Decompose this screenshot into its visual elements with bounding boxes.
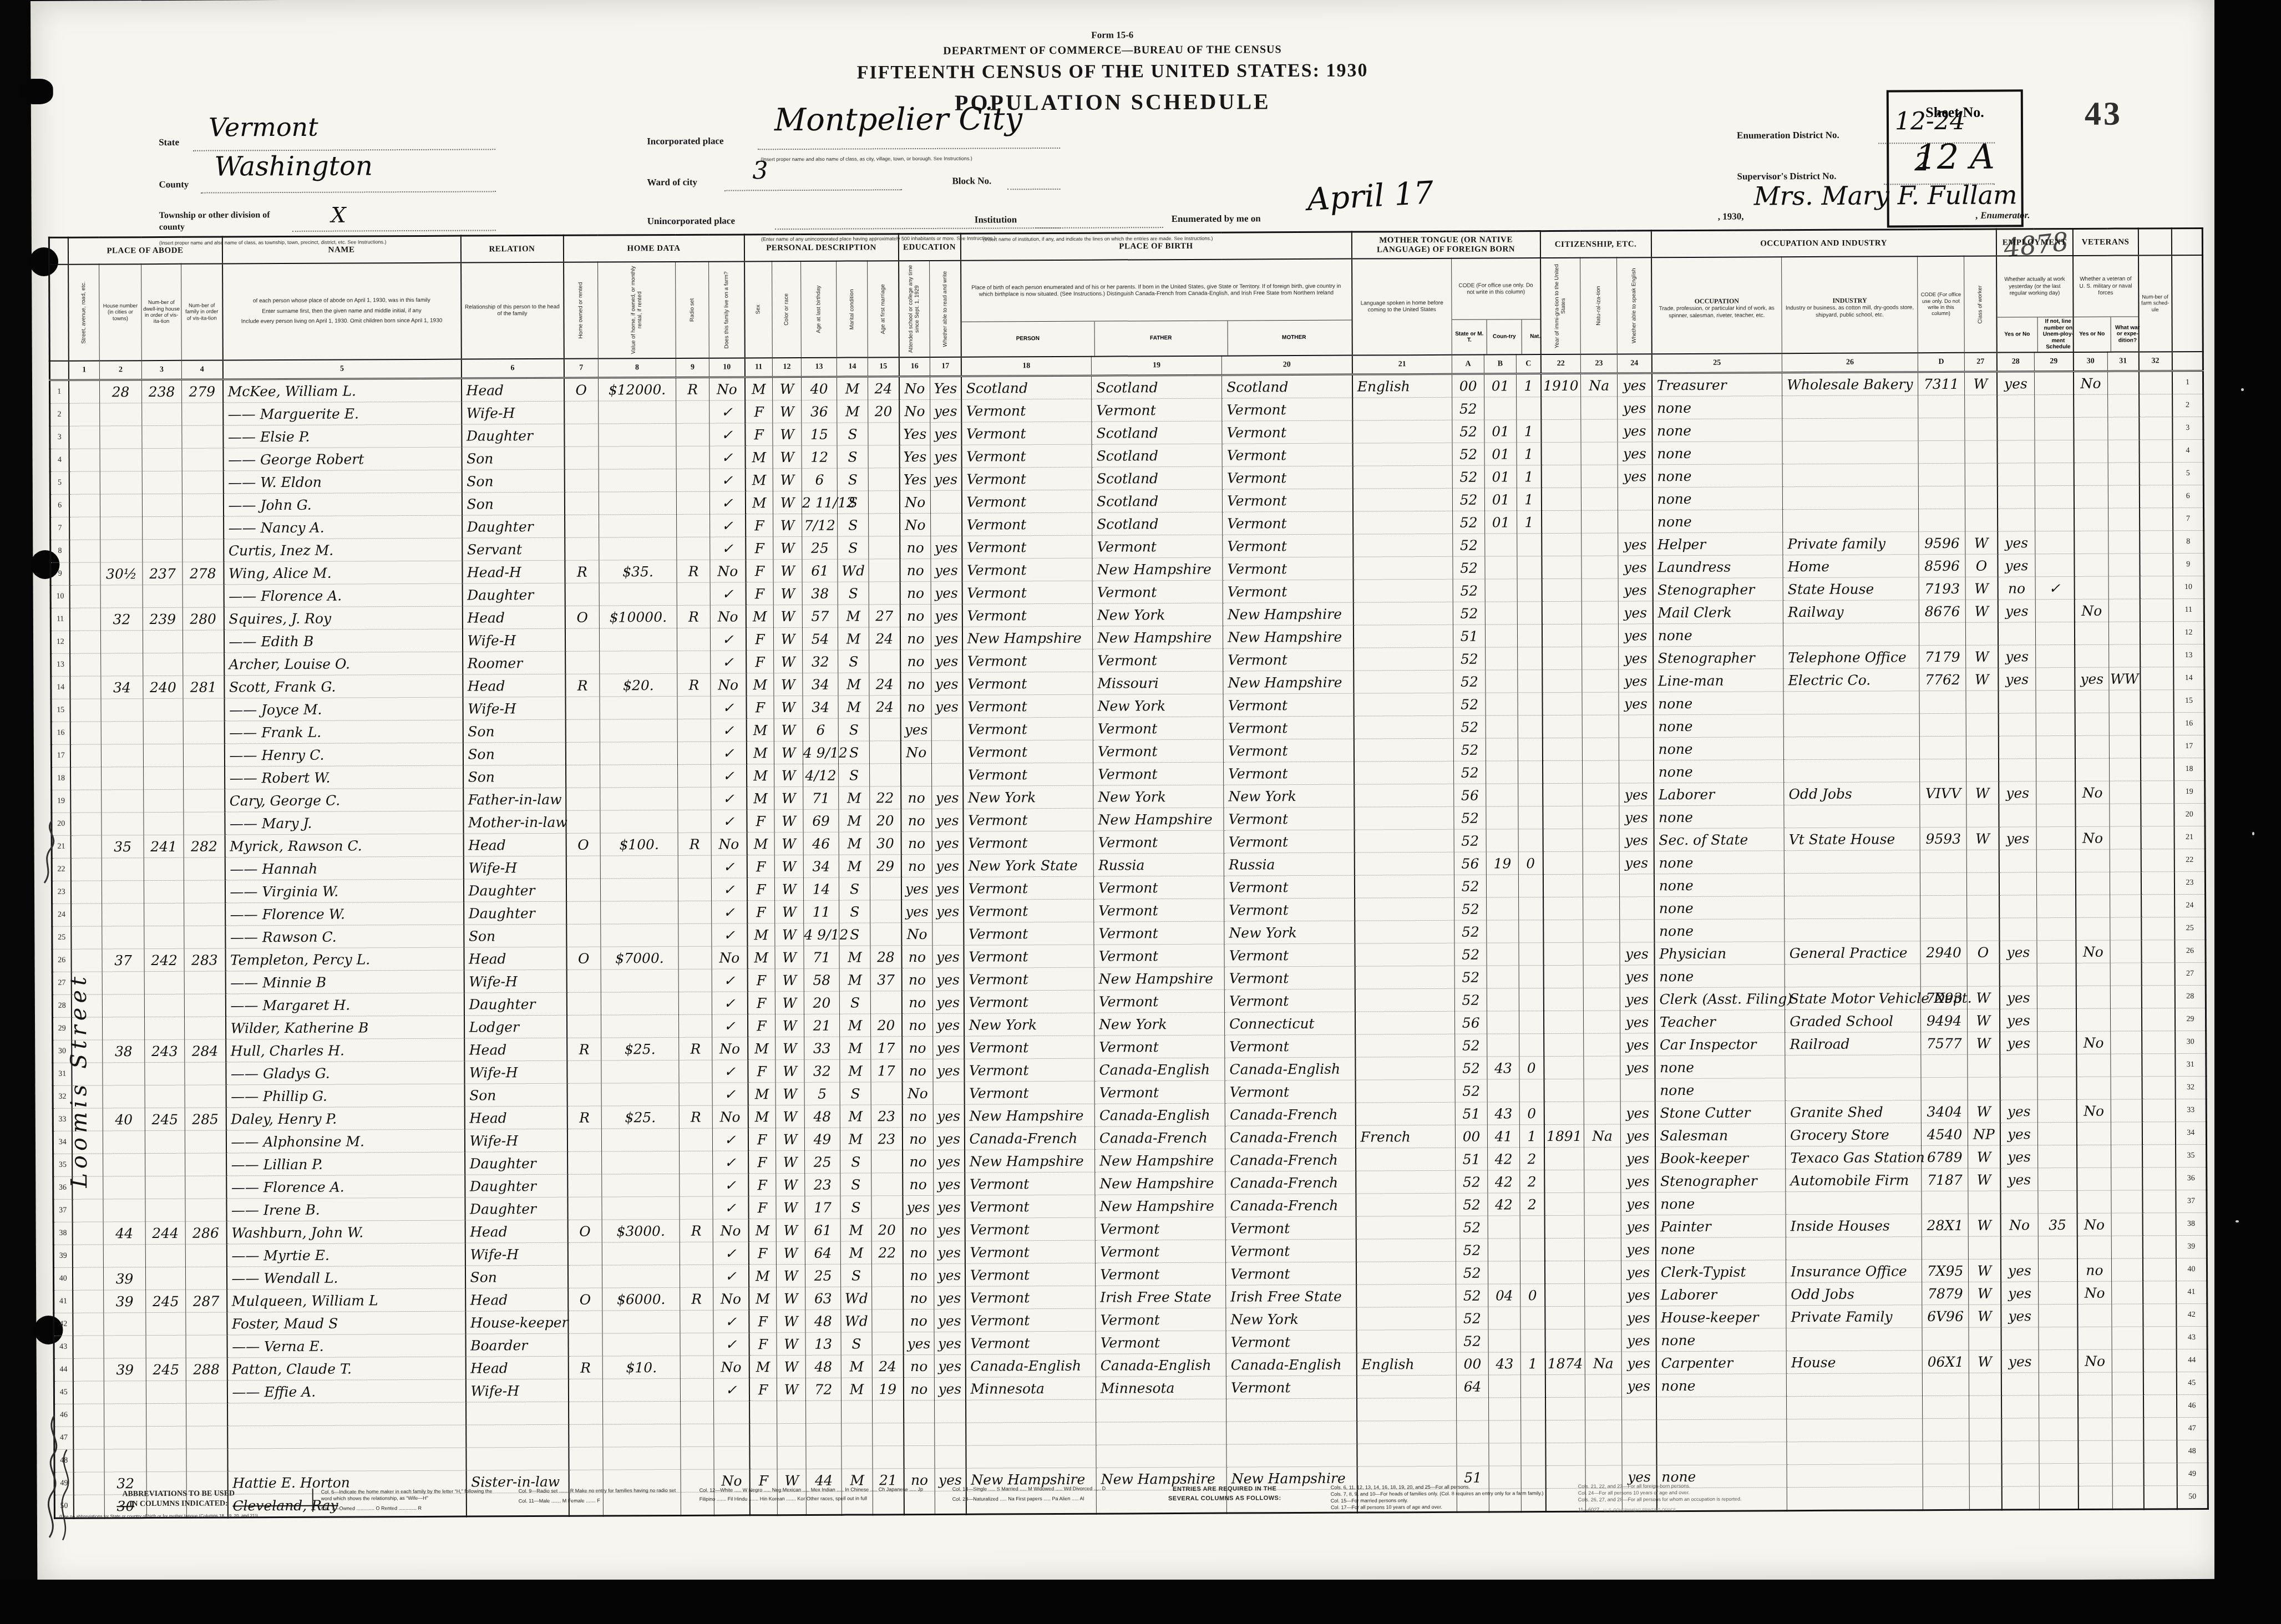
cell: none — [1653, 692, 1783, 715]
cell: New Hampshire — [964, 1104, 1094, 1127]
cell: $3000. — [602, 1219, 680, 1242]
cell — [1622, 1443, 1656, 1465]
cell: 52 — [1454, 897, 1487, 920]
cell — [2141, 849, 2174, 872]
cell: Vermont — [1096, 1262, 1226, 1286]
cell: No — [2077, 1349, 2112, 1372]
cell — [183, 721, 224, 744]
cell — [1998, 713, 2036, 736]
cell: Vermont — [962, 558, 1092, 581]
cell: W — [773, 627, 802, 650]
enumerated-label: Enumerated by me on — [1172, 213, 1261, 225]
cell: Vermont — [1094, 989, 1224, 1013]
cell — [145, 1085, 185, 1108]
line-number: 6 — [50, 494, 69, 517]
column-description: Sex — [744, 261, 773, 358]
cell — [567, 1151, 602, 1174]
census-sheet-paper: Form 15-6 DEPARTMENT OF COMMERCE—BUREAU … — [31, 0, 2223, 1589]
cell: none — [1654, 874, 1785, 897]
cell: W — [774, 650, 803, 673]
cell: No — [710, 560, 746, 582]
requirements-block-b: Cols. 21, 22, and 23—For all foreign-bor… — [1578, 1482, 1811, 1514]
cell — [183, 653, 224, 676]
cell — [564, 424, 599, 446]
abbrev-title-line1: ABBREVIATIONS TO BE USED — [122, 1489, 235, 1498]
cell: Vermont — [962, 512, 1092, 536]
cell: 245 — [145, 1108, 185, 1130]
cell: yes — [934, 1377, 965, 1400]
cell: 24 — [872, 1355, 903, 1378]
cell — [1354, 670, 1453, 693]
cell — [184, 812, 225, 835]
cell: Washburn, John W. — [226, 1220, 465, 1244]
cell: 42 — [1488, 1170, 1520, 1193]
cell — [1518, 647, 1542, 670]
cell: Laborer — [1654, 783, 1784, 806]
cell: W — [775, 991, 804, 1014]
cell: 37 — [870, 968, 901, 991]
cell — [73, 1358, 104, 1381]
cell — [602, 1310, 680, 1333]
cell — [145, 1153, 185, 1176]
cell: 52 — [1456, 1170, 1488, 1193]
cell: —— Florence A. — [226, 1175, 465, 1199]
cell: 7193 — [1919, 577, 1965, 600]
column-description: Home owned or rented — [564, 262, 599, 359]
cell: 52 — [1453, 534, 1485, 556]
sub-column-header: Yes or No — [2074, 317, 2110, 352]
cell — [1998, 622, 2036, 645]
cell: yes — [1618, 556, 1653, 578]
group-header: RELATION — [460, 235, 563, 262]
cell: McKee, William L. — [222, 378, 461, 403]
cell — [870, 900, 901, 923]
cell — [72, 1222, 103, 1245]
cell — [901, 763, 932, 786]
line-number: 8 — [2173, 530, 2204, 553]
cell: 00 — [1455, 1125, 1487, 1148]
cell: Vermont — [961, 399, 1092, 422]
cell: none — [1654, 896, 1785, 920]
cell: none — [1652, 487, 1782, 510]
cell: yes — [1618, 465, 1652, 488]
cell — [2109, 622, 2140, 644]
cell — [145, 1244, 185, 1267]
cell: yes — [900, 718, 931, 740]
group-header: VETERANS — [2072, 229, 2138, 256]
cell: Mother-in-law — [463, 810, 566, 834]
cell: Insurance Office — [1786, 1260, 1922, 1283]
cell — [1487, 897, 1519, 920]
cell — [2076, 963, 2110, 986]
cell: yes — [1618, 373, 1652, 397]
cell: —— Phillip G. — [226, 1084, 464, 1108]
cell: 3404 — [1921, 1100, 1968, 1123]
cell — [2142, 1213, 2176, 1236]
cell — [2140, 644, 2173, 667]
cell: F — [746, 514, 773, 537]
cell — [73, 1381, 104, 1404]
cell: $25. — [601, 1037, 679, 1060]
cell — [2001, 1395, 2039, 1418]
cell: Vermont — [1094, 921, 1224, 945]
cell — [1543, 942, 1583, 965]
cell: Railway — [1783, 600, 1919, 623]
cell — [870, 764, 901, 786]
cell: S — [838, 718, 869, 741]
cell — [2109, 713, 2140, 735]
cell: Carpenter — [1656, 1351, 1786, 1374]
group-header — [49, 237, 68, 265]
cell: 281 — [183, 676, 224, 698]
enumeration-date: April 17 — [1306, 175, 1435, 218]
cell — [1545, 1261, 1585, 1283]
entries-required-block: ENTRIES ARE REQUIRED IN THE SEVERAL COLU… — [1133, 1484, 1316, 1503]
cell — [104, 1313, 146, 1336]
cell — [1518, 693, 1542, 715]
cell — [931, 513, 962, 536]
cell: Daughter — [465, 1151, 567, 1175]
cell — [680, 1356, 713, 1378]
cell: $20. — [600, 673, 677, 697]
cell — [145, 1199, 185, 1221]
cell: 52 — [1456, 1239, 1488, 1261]
cell: Servant — [462, 537, 565, 561]
cell: House-keeper — [465, 1311, 568, 1334]
line-number: 44 — [2176, 1349, 2207, 1372]
cell — [100, 494, 142, 517]
cell: State House — [1783, 577, 1919, 601]
cell: yes — [1999, 941, 2037, 963]
cell: 34 — [101, 676, 143, 699]
entries-title: ENTRIES ARE REQUIRED IN THE SEVERAL COLU… — [1133, 1484, 1316, 1503]
cell — [1488, 1329, 1520, 1352]
column-description: Whether actually at work yesterday (or t… — [1996, 256, 2074, 353]
cell: Laundress — [1653, 555, 1783, 578]
cell — [679, 1060, 712, 1083]
cell — [1919, 713, 1966, 736]
cell — [564, 469, 599, 492]
cell: Vermont — [962, 672, 1093, 695]
cell — [186, 1335, 227, 1358]
cell — [2076, 917, 2110, 940]
cell: ✓ — [713, 1242, 748, 1265]
line-number: 47 — [2177, 1417, 2208, 1440]
cell — [1584, 1192, 1621, 1215]
cell: M — [748, 1105, 775, 1128]
cell: 52 — [1453, 556, 1485, 579]
cell: 20 — [871, 1014, 902, 1037]
cell — [1356, 1239, 1456, 1262]
cell: O — [565, 606, 599, 628]
cell: Vermont — [961, 444, 1092, 468]
cell — [1997, 463, 2035, 486]
line-number: 37 — [53, 1199, 72, 1222]
cell: F — [746, 696, 774, 719]
cell — [566, 788, 600, 810]
cell: W — [776, 1150, 805, 1173]
cell — [678, 764, 711, 787]
footer-col9-11: Col. 9—Radio set ....... R Make no entry… — [519, 1487, 685, 1505]
cell — [2036, 849, 2075, 872]
cell: 5 — [804, 1082, 840, 1105]
cell — [601, 969, 678, 992]
cell: 1 — [1517, 488, 1541, 511]
cell: W — [775, 1014, 804, 1037]
cell: no — [901, 786, 932, 809]
cell: yes — [1998, 554, 2035, 577]
cell — [1542, 624, 1582, 647]
cell — [2139, 394, 2172, 417]
cell — [2143, 1327, 2176, 1349]
cell — [1487, 1011, 1519, 1034]
cell: ✓ — [710, 537, 746, 560]
cell — [69, 517, 100, 540]
cell: Grocery Store — [1785, 1123, 1921, 1146]
cell — [806, 1423, 842, 1446]
footer-col6-7: Col. 6—Indicate the home maker in each f… — [312, 1488, 504, 1512]
cell: yes — [2001, 1305, 2039, 1327]
cell: No — [2077, 1281, 2112, 1304]
cell: 7179 — [1919, 645, 1966, 668]
cell — [869, 536, 900, 559]
cell: Lodger — [464, 1015, 567, 1038]
cell — [183, 744, 224, 767]
cell: ✓ — [713, 1174, 748, 1196]
cell — [1541, 465, 1581, 488]
cell — [602, 1174, 680, 1197]
cell: ✓ — [711, 696, 746, 719]
scan-speck — [2241, 388, 2244, 391]
cell: none — [1652, 464, 1782, 488]
column-number: 10 — [709, 358, 744, 377]
cell — [599, 514, 677, 537]
column-number: 16 — [899, 357, 930, 377]
cell — [2139, 440, 2172, 463]
cell: W — [775, 900, 804, 923]
cell: 01 — [1484, 488, 1517, 511]
cell — [2035, 371, 2074, 394]
cell: yes — [934, 1241, 965, 1263]
cell: —— Alphonsine M. — [226, 1129, 464, 1153]
cell — [567, 1197, 602, 1220]
cell: Vermont — [965, 1172, 1095, 1195]
line-number: 12 — [2173, 621, 2204, 644]
cell: W — [774, 764, 803, 786]
column-number: 22 — [1540, 354, 1580, 374]
cell — [566, 992, 601, 1015]
line-number: 32 — [2175, 1076, 2206, 1099]
cell — [2074, 463, 2108, 485]
cell: Canada-English — [1094, 1103, 1225, 1126]
cell: yes — [934, 1173, 965, 1195]
cell: M — [838, 605, 869, 627]
cell — [871, 1264, 903, 1287]
cell — [2075, 735, 2109, 758]
column-description: CODE (For office use only. Do not write … — [1918, 256, 1965, 353]
cell: S — [840, 1150, 871, 1173]
cell — [69, 540, 100, 562]
cell: Wife-H — [464, 1060, 567, 1084]
cell: Private Family — [1786, 1305, 1922, 1328]
table-column-descriptions: Street, avenue, road, etc.House number (… — [49, 255, 2203, 361]
cell: M — [837, 400, 868, 423]
group-header: NAME — [222, 236, 460, 263]
cell: 1 — [1517, 511, 1542, 534]
cell: 14 — [803, 877, 839, 900]
cell — [600, 764, 678, 788]
cell: New Hampshire — [1093, 626, 1223, 649]
cell — [186, 1312, 227, 1335]
cell — [2035, 508, 2074, 531]
cell — [2077, 1236, 2111, 1258]
cell — [2077, 1327, 2112, 1349]
incorporated-value: Montpelier City — [774, 101, 1022, 138]
line-number: 29 — [2175, 1008, 2206, 1031]
cell: No — [709, 377, 744, 400]
cell: English — [1356, 1352, 1456, 1376]
column-number: 26 — [1782, 353, 1918, 373]
cell — [931, 718, 962, 740]
cell — [182, 425, 223, 448]
cell: yes — [931, 581, 962, 604]
cell: 2 — [1520, 1148, 1544, 1170]
cell: Vermont — [962, 717, 1093, 740]
cell: 40 — [802, 377, 837, 400]
cell — [186, 1449, 227, 1471]
cell: W — [776, 1264, 805, 1287]
cell — [603, 1401, 681, 1424]
cell: No — [2000, 1214, 2038, 1236]
cell — [932, 763, 963, 786]
cell — [100, 449, 142, 471]
cell — [678, 923, 712, 946]
cell — [1519, 1034, 1544, 1057]
cell — [104, 1381, 146, 1404]
line-number: 3 — [2172, 417, 2203, 439]
cell — [777, 1400, 806, 1423]
cell: W — [777, 1310, 805, 1332]
cell: Na — [1585, 1352, 1621, 1374]
cell — [2143, 1304, 2176, 1327]
cell: Canada-French — [1094, 1126, 1225, 1149]
cell: No — [2075, 781, 2110, 804]
cell — [1543, 829, 1583, 851]
cell — [806, 1400, 842, 1423]
cell — [1656, 1397, 1787, 1420]
cell: 21 — [804, 1014, 840, 1037]
cell — [1582, 533, 1618, 556]
footer-col14: Col. 14—Single ..... S Married ..... M W… — [952, 1485, 1119, 1492]
cell: F — [746, 582, 773, 605]
cell — [2000, 1236, 2038, 1259]
cell — [185, 1267, 226, 1290]
footer-col7: Col. 7—Owned ............. O Rented ....… — [321, 1505, 504, 1513]
cell — [2078, 1418, 2112, 1440]
cell — [1356, 1284, 1456, 1307]
cell — [2077, 1372, 2112, 1395]
cell: W — [1969, 1305, 2001, 1327]
cell: W — [774, 855, 803, 877]
cell — [566, 879, 600, 901]
cell — [1784, 759, 1920, 783]
cell — [1999, 895, 2037, 918]
cell — [186, 1426, 227, 1449]
cell — [2141, 781, 2174, 804]
department-line: DEPARTMENT OF COMMERCE—BUREAU OF THE CEN… — [641, 42, 1584, 59]
cell: W — [775, 923, 804, 946]
cell: 52 — [1455, 1057, 1487, 1079]
cell: New Hampshire — [1092, 557, 1223, 581]
cell: no — [901, 831, 932, 854]
cell: F — [747, 901, 775, 923]
cell: yes — [2001, 1259, 2039, 1282]
cell — [2075, 644, 2109, 667]
cell: Scotland — [1092, 489, 1222, 512]
cell: No — [900, 740, 931, 763]
cell: Vermont — [961, 422, 1092, 445]
cell — [1355, 966, 1454, 989]
cell — [2074, 394, 2108, 417]
line-number: 33 — [2175, 1099, 2206, 1121]
cell: Head — [464, 947, 566, 970]
cell: ✓ — [711, 764, 747, 787]
cell: NP — [1968, 1123, 2000, 1145]
cell: yes — [903, 1332, 934, 1354]
cell — [1969, 1373, 2001, 1395]
cell — [2038, 1190, 2077, 1213]
cell: 40 — [103, 1108, 145, 1131]
cell — [1920, 895, 1967, 918]
cell: No — [2074, 371, 2108, 394]
cell: 237 — [143, 562, 183, 585]
cell: W — [773, 582, 802, 605]
cell — [2143, 1372, 2176, 1395]
cell: W — [1968, 1168, 2000, 1191]
cell: yes — [1618, 397, 1652, 419]
cell: Son — [464, 1083, 567, 1107]
cell — [1353, 556, 1453, 580]
cell — [1997, 395, 2035, 418]
cell: M — [746, 605, 773, 628]
line-number: 8 — [50, 540, 69, 562]
cell — [749, 1447, 777, 1469]
cell: No — [2076, 940, 2110, 963]
cell — [1545, 1420, 1585, 1443]
cell: —— George Robert — [223, 447, 462, 471]
footer-col12a: Col. 12—White ..... W Negro ..... Neg Me… — [699, 1486, 938, 1494]
cell — [2110, 781, 2141, 804]
cell: 19 — [872, 1378, 903, 1400]
cell: Vermont — [963, 876, 1093, 900]
cell: 52 — [1454, 943, 1487, 966]
cell — [1544, 1192, 1584, 1215]
group-header: PLACE OF ABODE — [68, 237, 222, 265]
cell: W — [1968, 1100, 2000, 1123]
cell: 56 — [1454, 852, 1486, 875]
cell — [1487, 943, 1519, 966]
cell: none — [1654, 760, 1784, 783]
cell: R — [678, 833, 711, 855]
sd-label: Supervisor's District No. — [1737, 171, 1836, 182]
cell — [2140, 576, 2173, 599]
cell — [1999, 804, 2036, 827]
cell: Canada-French — [1225, 1103, 1355, 1126]
cell — [1584, 1215, 1621, 1238]
cell — [102, 972, 144, 994]
cell: M — [838, 673, 869, 696]
cell: M — [745, 469, 773, 491]
